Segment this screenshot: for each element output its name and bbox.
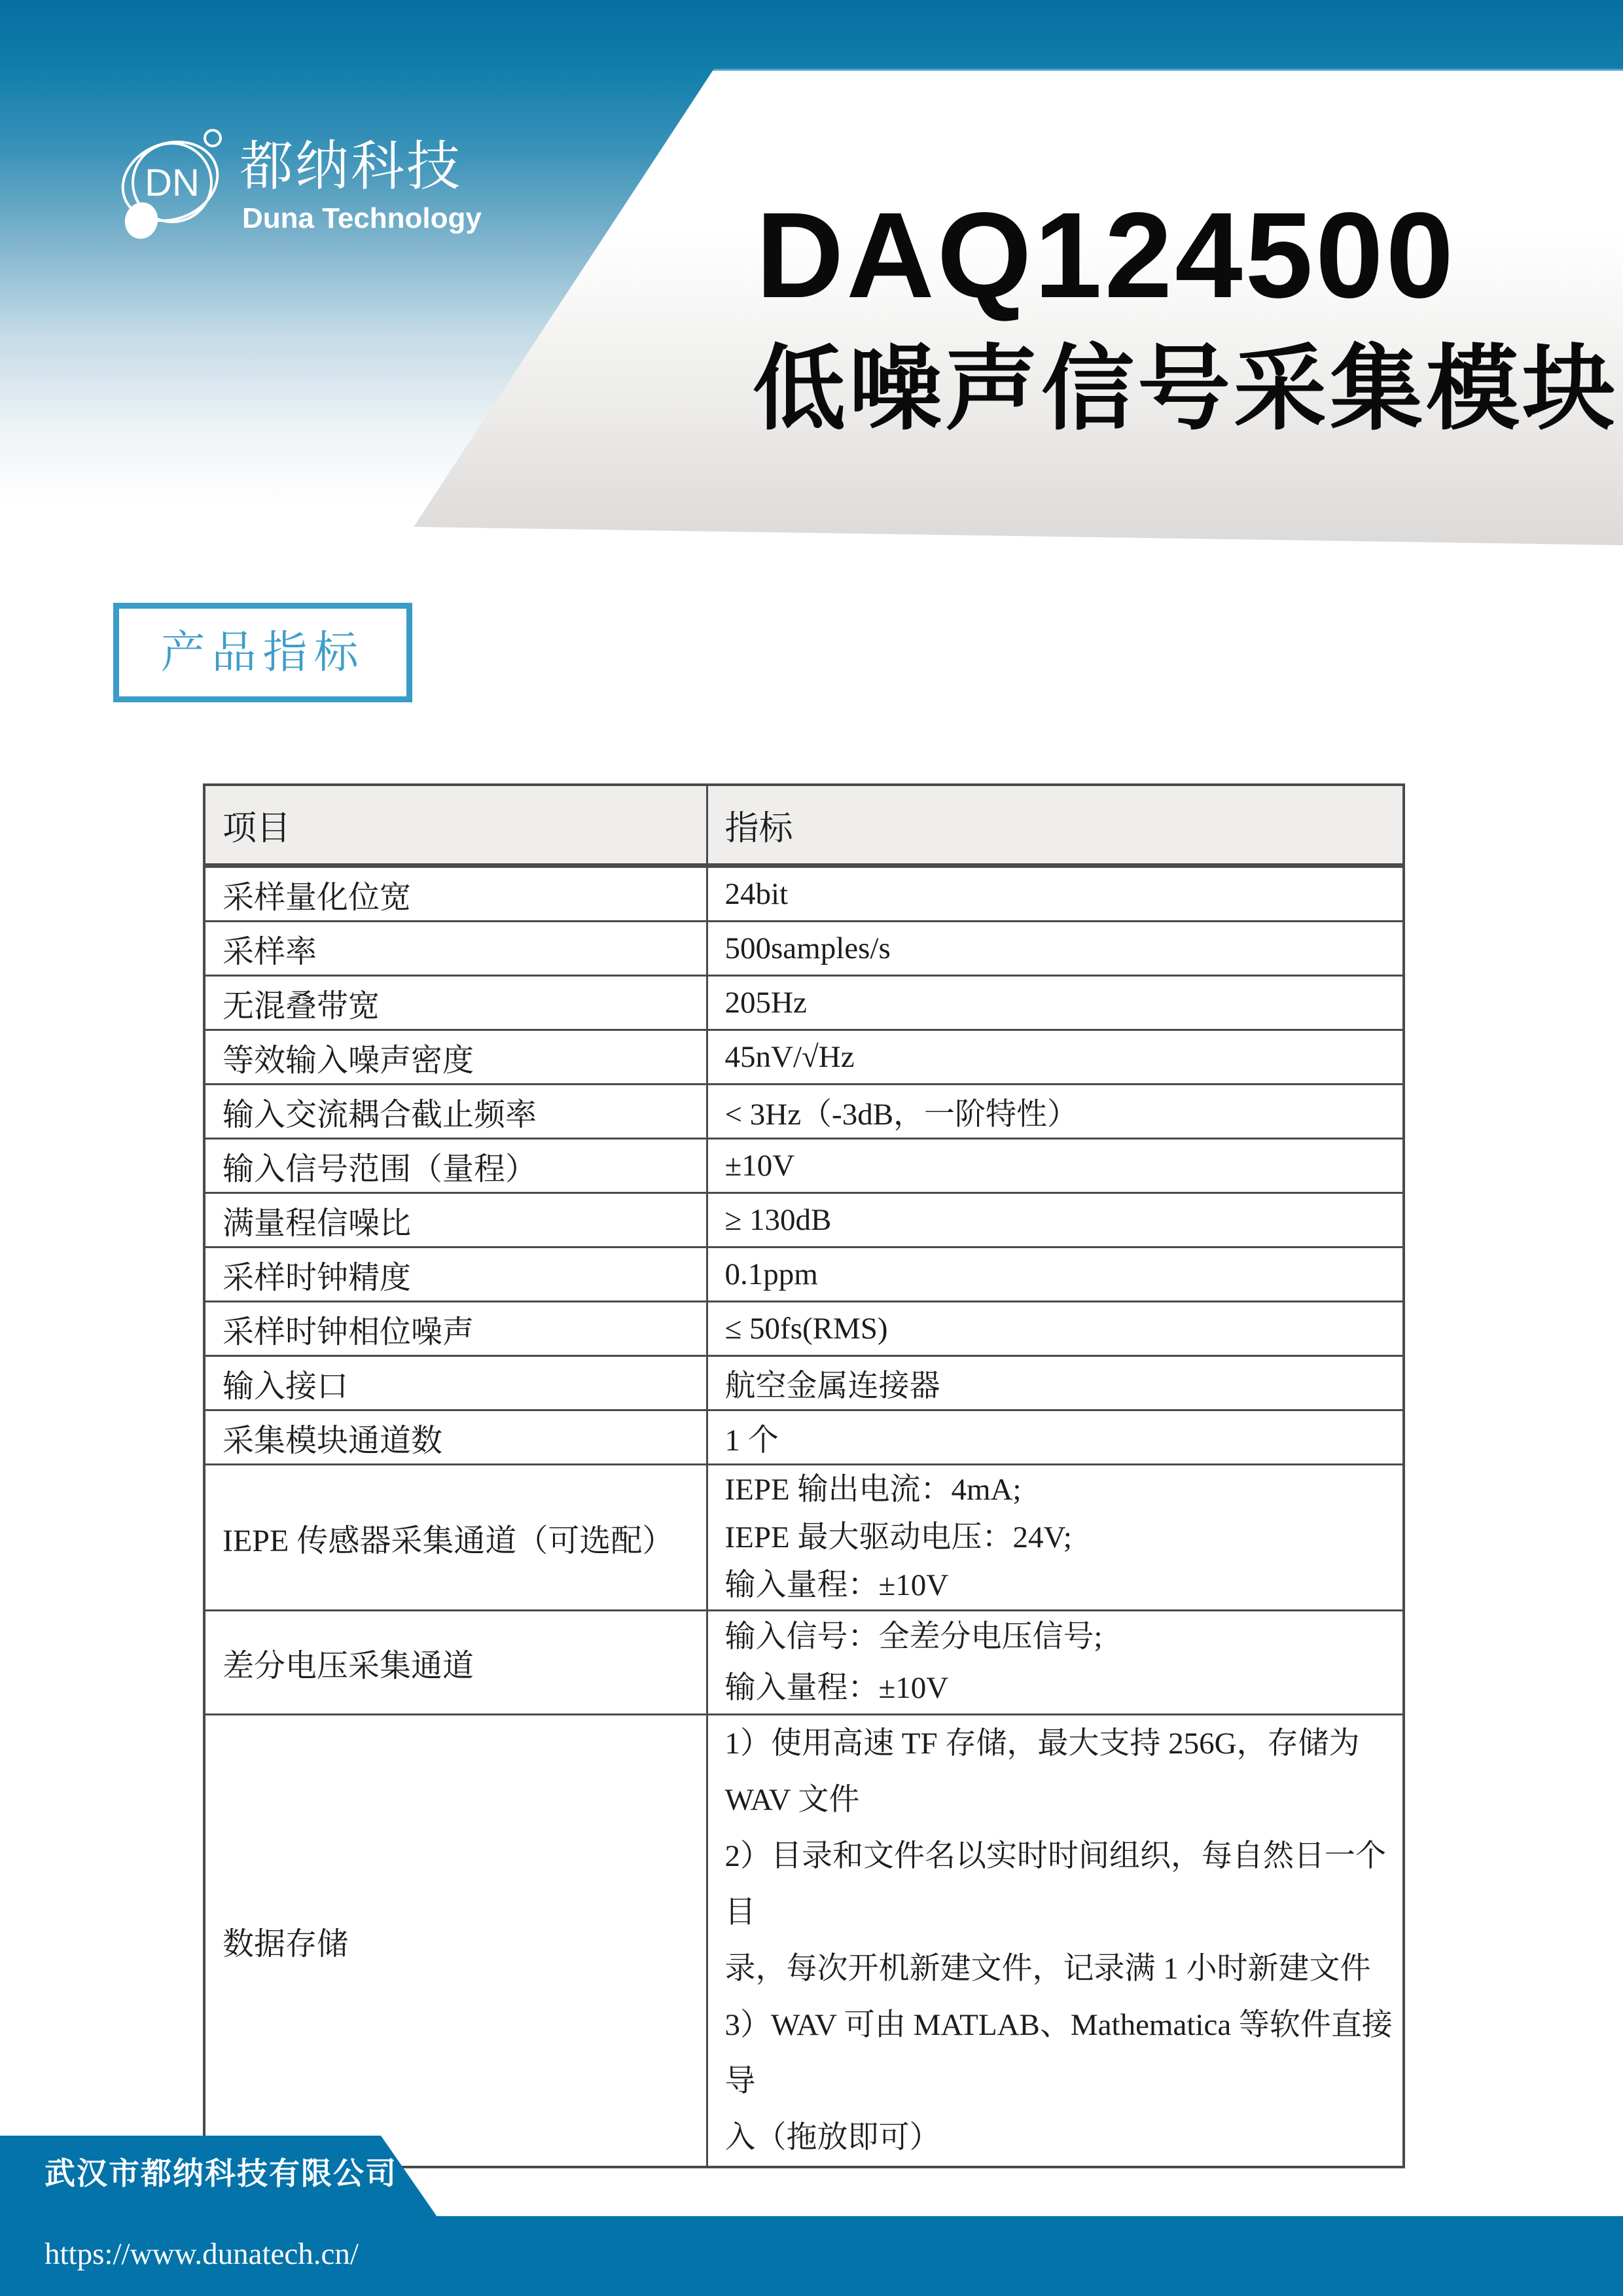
table-row: 等效输入噪声密度 45nV/√Hz — [204, 1030, 1404, 1085]
spec-item-value: 500samples/s — [707, 922, 1404, 976]
spec-item-value: 1 个 — [707, 1410, 1404, 1465]
logo-company-name-cn: 都纳科技 — [240, 136, 462, 198]
table-row: 输入接口 航空金属连接器 — [204, 1356, 1404, 1410]
spec-item-label: 输入信号范围（量程） — [204, 1139, 707, 1193]
spec-item-value: ≥ 130dB — [707, 1193, 1404, 1247]
table-row: 采样时钟精度 0.1ppm — [204, 1247, 1404, 1302]
section-title-box: 产品指标 — [113, 603, 412, 702]
table-row: 采集模块通道数 1 个 — [204, 1410, 1404, 1465]
table-row: 满量程信噪比 ≥ 130dB — [204, 1193, 1404, 1247]
spec-item-label: 采样时钟精度 — [204, 1247, 707, 1302]
spec-item-label: IEPE 传感器采集通道（可选配） — [204, 1465, 707, 1611]
spec-item-value: < 3Hz（-3dB，一阶特性） — [707, 1085, 1404, 1139]
spec-item-label: 数据存储 — [204, 1715, 707, 2168]
column-header-item: 项目 — [204, 785, 707, 866]
spec-item-value: 输入信号：全差分电压信号; 输入量程：±10V — [707, 1611, 1404, 1715]
product-name-subtitle: 低噪声信号采集模块 — [753, 343, 1618, 436]
spec-item-value: 205Hz — [707, 976, 1404, 1030]
spec-item-label: 输入接口 — [204, 1356, 707, 1410]
spec-item-value: 1）使用高速 TF 存储，最大支持 256G，存储为 WAV 文件 2）目录和文… — [707, 1715, 1404, 2168]
spec-item-label: 采样时钟相位噪声 — [204, 1302, 707, 1356]
spec-item-label: 满量程信噪比 — [204, 1193, 707, 1247]
spec-item-value: 航空金属连接器 — [707, 1356, 1404, 1410]
table-row: 无混叠带宽 205Hz — [204, 976, 1404, 1030]
spec-item-label: 输入交流耦合截止频率 — [204, 1085, 707, 1139]
table-row: 采样时钟相位噪声 ≤ 50fs(RMS) — [204, 1302, 1404, 1356]
table-row: IEPE 传感器采集通道（可选配） IEPE 输出电流：4mA; IEPE 最大… — [204, 1465, 1404, 1611]
table-row: 数据存储 1）使用高速 TF 存储，最大支持 256G，存储为 WAV 文件 2… — [204, 1715, 1404, 2168]
footer-website-url: https://www.dunatech.cn/ — [45, 2233, 359, 2275]
spec-item-label: 采样率 — [204, 922, 707, 976]
spec-item-label: 等效输入噪声密度 — [204, 1030, 707, 1085]
spec-item-value: 0.1ppm — [707, 1247, 1404, 1302]
table-row: 采样率 500samples/s — [204, 922, 1404, 976]
spec-item-label: 无混叠带宽 — [204, 976, 707, 1030]
logo-monogram: DN — [145, 162, 200, 204]
spec-table: 项目 指标 采样量化位宽 24bit 采样率 500samples/s 无混叠带… — [203, 783, 1405, 2168]
spec-item-value: ≤ 50fs(RMS) — [707, 1302, 1404, 1356]
column-header-spec: 指标 — [707, 785, 1404, 866]
spec-table-body: 采样量化位宽 24bit 采样率 500samples/s 无混叠带宽 205H… — [204, 866, 1404, 2168]
spec-item-value: IEPE 输出电流：4mA; IEPE 最大驱动电压：24V; 输入量程：±10… — [707, 1465, 1404, 1611]
table-row: 采样量化位宽 24bit — [204, 866, 1404, 922]
spec-item-value: 45nV/√Hz — [707, 1030, 1404, 1085]
spec-item-label: 采集模块通道数 — [204, 1410, 707, 1465]
spec-item-value: 24bit — [707, 866, 1404, 922]
spec-table-header-row: 项目 指标 — [204, 785, 1404, 866]
product-model-title: DAQ124500 — [756, 195, 1456, 317]
footer-company-name: 武汉市都纳科技有限公司 — [45, 2155, 397, 2194]
logo-company-name-en: Duna Technology — [242, 204, 482, 233]
spec-item-label: 差分电压采集通道 — [204, 1611, 707, 1715]
spec-item-value: ±10V — [707, 1139, 1404, 1193]
spec-item-label: 采样量化位宽 — [204, 866, 707, 922]
section-title: 产品指标 — [160, 630, 365, 675]
table-row: 差分电压采集通道 输入信号：全差分电压信号; 输入量程：±10V — [204, 1611, 1404, 1715]
duna-logo-icon: DN — [92, 115, 249, 245]
table-row: 输入信号范围（量程） ±10V — [204, 1139, 1404, 1193]
table-row: 输入交流耦合截止频率 < 3Hz（-3dB，一阶特性） — [204, 1085, 1404, 1139]
